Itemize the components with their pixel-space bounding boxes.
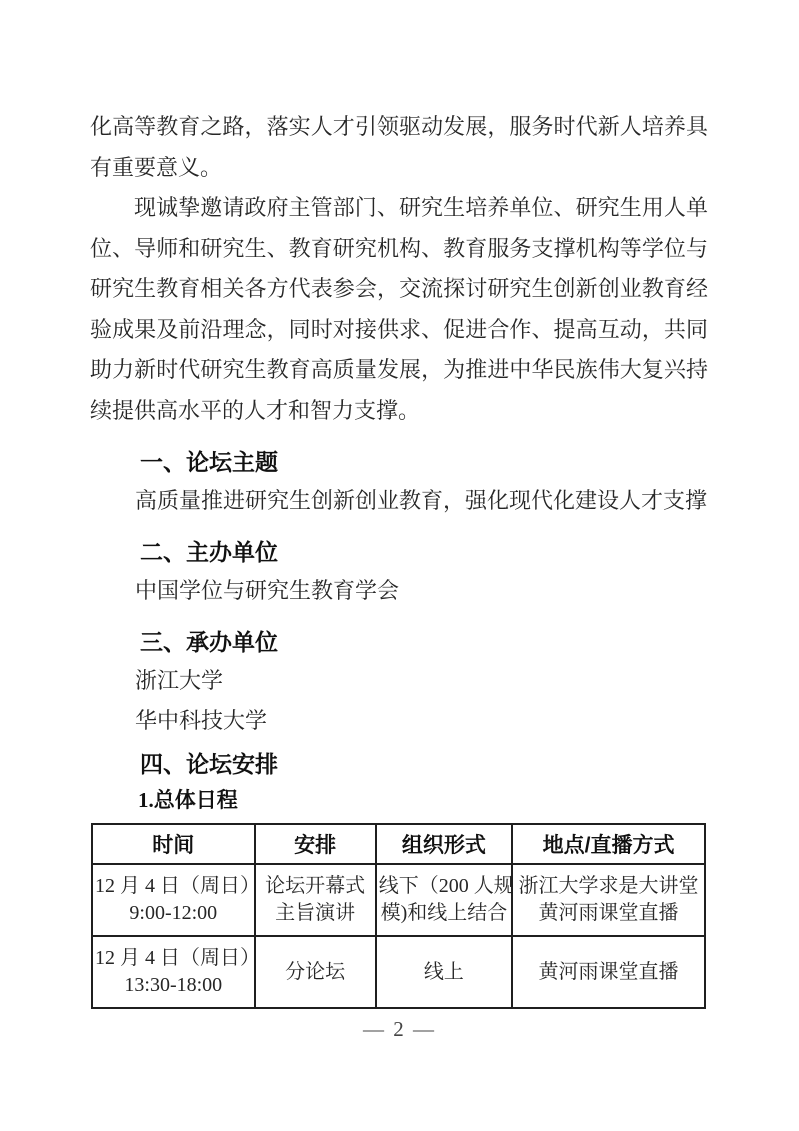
schedule-cell-line: 线上 xyxy=(379,959,509,986)
paragraph-invitation: 现诚挚邀请政府主管部门、研究生培养单位、研究生用人单位、导师和研究生、教育研究机… xyxy=(90,188,708,431)
schedule-cell-line: 9:00-12:00 xyxy=(95,900,252,927)
schedule-cell: 线上 xyxy=(376,936,512,1008)
schedule-cell: 分论坛 xyxy=(255,936,376,1008)
schedule-cell-line: 线下（200 人规 xyxy=(379,873,509,900)
schedule-cell-line: 主旨演讲 xyxy=(258,900,373,927)
schedule-cell: 浙江大学求是大讲堂黄河雨课堂直播 xyxy=(512,864,705,936)
paragraph-continuation: 化高等教育之路，落实人才引领驱动发展，服务时代新人培养具有重要意义。 xyxy=(90,107,708,188)
section-heading: 三、承办单位 xyxy=(140,623,708,661)
schedule-cell: 论坛开幕式主旨演讲 xyxy=(255,864,376,936)
section-body-line: 中国学位与研究生教育学会 xyxy=(135,571,708,611)
schedule-cell-line: 黄河雨课堂直播 xyxy=(515,900,702,927)
page-content: 化高等教育之路，落实人才引领驱动发展，服务时代新人培养具有重要意义。 现诚挚邀请… xyxy=(90,107,708,1009)
section-body-line: 华中科技大学 xyxy=(135,701,708,741)
schedule-header-row: 时间安排组织形式地点/直播方式 xyxy=(92,824,705,864)
schedule-table-head: 时间安排组织形式地点/直播方式 xyxy=(92,824,705,864)
schedule-header-cell: 安排 xyxy=(255,824,376,864)
schedule-row: 12 月 4 日（周日）9:00-12:00论坛开幕式主旨演讲线下（200 人规… xyxy=(92,864,705,936)
section-heading: 四、论坛安排 xyxy=(140,745,708,783)
schedule-cell-line: 13:30-18:00 xyxy=(95,972,252,999)
schedule-cell-line: 论坛开幕式 xyxy=(258,873,373,900)
subsection-heading-overall-schedule: 1.总体日程 xyxy=(138,783,708,817)
schedule-table-body: 12 月 4 日（周日）9:00-12:00论坛开幕式主旨演讲线下（200 人规… xyxy=(92,864,705,1008)
schedule-table: 时间安排组织形式地点/直播方式 12 月 4 日（周日）9:00-12:00论坛… xyxy=(91,823,706,1009)
schedule-row: 12 月 4 日（周日）13:30-18:00分论坛线上黄河雨课堂直播 xyxy=(92,936,705,1008)
schedule-cell: 12 月 4 日（周日）13:30-18:00 xyxy=(92,936,255,1008)
section-body-line: 浙江大学 xyxy=(135,661,708,701)
section-heading: 二、主办单位 xyxy=(140,533,708,571)
section-host-unit: 二、主办单位 中国学位与研究生教育学会 xyxy=(90,533,708,611)
schedule-cell-line: 黄河雨课堂直播 xyxy=(515,959,702,986)
schedule-cell-line: 12 月 4 日（周日） xyxy=(95,873,252,900)
schedule-header-cell: 地点/直播方式 xyxy=(512,824,705,864)
schedule-header-cell: 时间 xyxy=(92,824,255,864)
document-page: 化高等教育之路，落实人才引领驱动发展，服务时代新人培养具有重要意义。 现诚挚邀请… xyxy=(0,0,799,1131)
schedule-cell: 线下（200 人规模)和线上结合 xyxy=(376,864,512,936)
schedule-header-cell: 组织形式 xyxy=(376,824,512,864)
section-forum-arrangement: 四、论坛安排 1.总体日程 xyxy=(90,745,708,817)
schedule-cell: 12 月 4 日（周日）9:00-12:00 xyxy=(92,864,255,936)
schedule-cell-line: 分论坛 xyxy=(258,959,373,986)
schedule-cell-line: 模)和线上结合 xyxy=(379,900,509,927)
section-body-line: 高质量推进研究生创新创业教育，强化现代化建设人才支撑 xyxy=(135,481,708,521)
section-forum-theme: 一、论坛主题 高质量推进研究生创新创业教育，强化现代化建设人才支撑 xyxy=(90,443,708,521)
section-organizer-unit: 三、承办单位 浙江大学 华中科技大学 xyxy=(90,623,708,741)
schedule-cell: 黄河雨课堂直播 xyxy=(512,936,705,1008)
page-number: — 2 — xyxy=(0,1016,799,1042)
section-heading: 一、论坛主题 xyxy=(140,443,708,481)
schedule-cell-line: 12 月 4 日（周日） xyxy=(95,945,252,972)
schedule-cell-line: 浙江大学求是大讲堂 xyxy=(515,873,702,900)
